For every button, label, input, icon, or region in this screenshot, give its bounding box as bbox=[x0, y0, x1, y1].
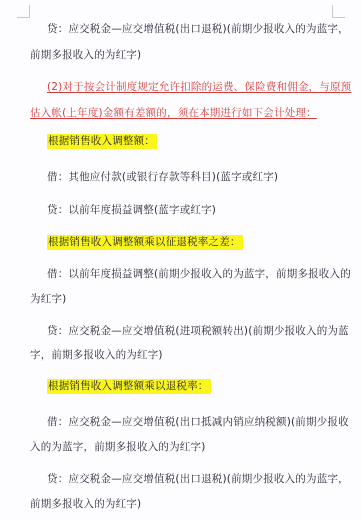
credit-entry-prior-year-adjustment: 贷：以前年度损益调整(蓝字或红字) bbox=[47, 203, 216, 217]
page-corner-mark-top-left bbox=[17, 5, 30, 18]
debit-entry-other-payables: 借：其他应付款(或银行存款等科目)(蓝字或红字) bbox=[47, 170, 278, 184]
credit-entry-export-refund-final-line-1: 贷：应交税金—应交增值税(出口退税)(前期少报收入的为蓝字， bbox=[47, 472, 349, 486]
credit-entry-export-refund-final-line-2: 前期多报收入的为红字) bbox=[30, 497, 141, 511]
credit-entry-export-refund-line-2: 前期多报收入的为红字) bbox=[30, 48, 141, 62]
red-paragraph-line-1: (2)对于按会计制度规定允许扣除的运费、保险费和佣金，与原预 bbox=[47, 80, 351, 94]
page-corner-mark-top-right bbox=[332, 5, 345, 18]
red-paragraph-text-1: (2)对于按会计制度规定允许扣除的运费、保险费和佣金，与原预 bbox=[47, 81, 351, 93]
debit-entry-prior-year-adjustment-line-2: 为红字) bbox=[30, 292, 66, 306]
red-paragraph-line-2: 估入帐(上年度)金额有差额的，须在本期进行如下会计处理： bbox=[30, 106, 317, 120]
debit-entry-export-offset-line-2: 入的为蓝字，前期多报收入的为红字) bbox=[30, 440, 206, 454]
credit-entry-export-refund-line-1: 贷：应交税金—应交增值税(出口退税)(前期少报收入的为蓝字， bbox=[47, 22, 349, 36]
credit-entry-input-tax-transfer-line-2: 字，前期多报收入的为红字) bbox=[30, 348, 163, 362]
heading-rate-difference: 根据销售收入调整额乘以征退税率之差： bbox=[47, 235, 243, 249]
debit-entry-export-offset-line-1: 借：应交税金—应交增值税(出口抵减内销应纳税额)(前期少报收 bbox=[47, 415, 349, 429]
debit-entry-prior-year-adjustment-line-1: 借：以前年度损益调整(前期少报收入的为蓝字，前期多报收入的 bbox=[47, 267, 351, 281]
highlighted-heading-text: 根据销售收入调整额： bbox=[47, 134, 157, 149]
highlighted-heading-text: 根据销售收入调整额乘以征退税率之差： bbox=[47, 235, 243, 250]
heading-refund-rate: 根据销售收入调整额乘以退税率： bbox=[47, 379, 211, 393]
heading-sales-adjustment: 根据销售收入调整额： bbox=[47, 134, 157, 148]
red-paragraph-text-2: 估入帐(上年度)金额有差额的，须在本期进行如下会计处理： bbox=[30, 107, 317, 119]
credit-entry-input-tax-transfer-line-1: 贷：应交税金—应交增值税(进项税额转出)(前期少报收入的为蓝 bbox=[47, 324, 349, 338]
highlighted-heading-text: 根据销售收入调整额乘以退税率： bbox=[47, 379, 211, 394]
